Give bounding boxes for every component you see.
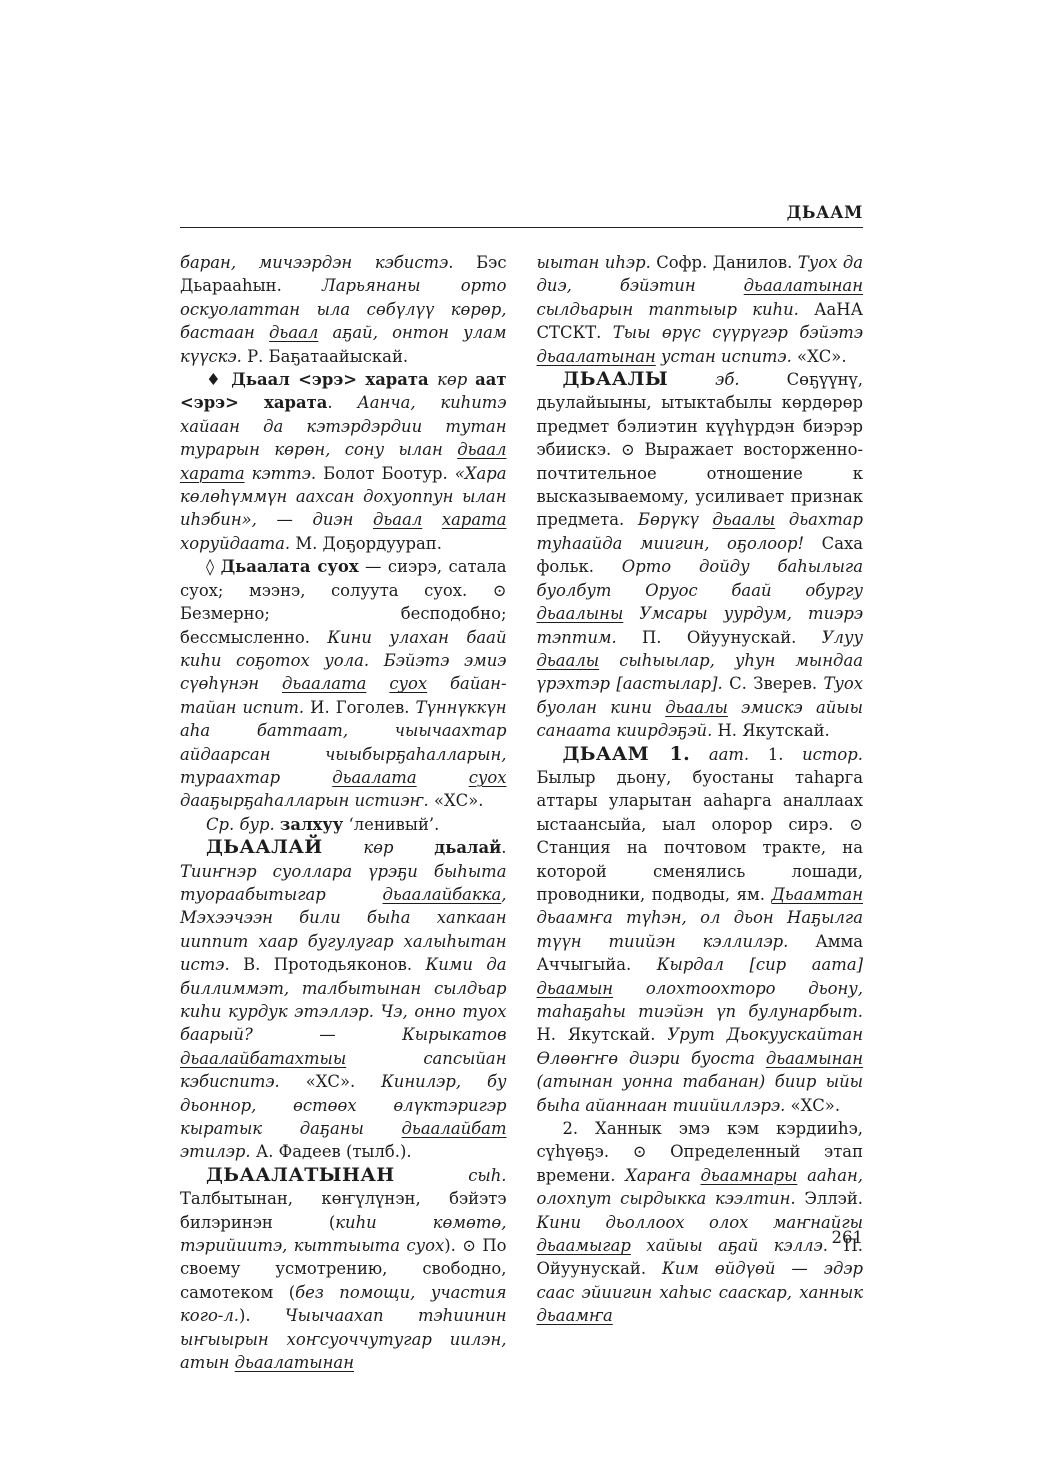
running-header: ДЬААМ — [180, 203, 863, 227]
text-segment — [417, 768, 469, 787]
text-segment: харата — [442, 510, 507, 529]
text-segment: истор. — [802, 745, 863, 764]
paragraph: ♦ Дьаал <эрэ> харата көр аат <эрэ> харат… — [180, 368, 507, 555]
paragraph: ДЬААМ 1. аат. 1. истор. Былыр дьону, буо… — [537, 743, 864, 1118]
paragraph: ДЬААЛАТЫНАН сыһ. Талбытынан, көҥүлүнэн, … — [180, 1164, 507, 1375]
left-column: баран, мичээрдэн кэбистэ. Бэс Дьарааһын.… — [180, 251, 507, 1375]
headword: ДЬААЛЫ — [563, 368, 669, 390]
paragraph: ДЬААЛЫ эб. Сөҕүүнү, дьулайыыны, ытыктабы… — [537, 368, 864, 743]
text-segment: дьаалата — [282, 674, 366, 693]
header-rule — [180, 227, 863, 228]
text-segment: . — [501, 838, 506, 857]
text-segment — [323, 838, 364, 857]
text-segment — [366, 674, 389, 693]
text-segment: Кырдал [сир аата] — [657, 955, 863, 974]
text-segment: харата — [180, 464, 245, 483]
text-segment: П. Ойуунускай. — [642, 628, 822, 647]
text-segment: А. Фадеев (тылб.). — [256, 1142, 412, 1161]
text-segment: устан испитэ. — [656, 347, 797, 366]
translation-marker: ⊙ — [849, 815, 863, 834]
text-segment — [668, 370, 715, 389]
text-segment: ). — [239, 1306, 285, 1325]
text-segment: 1. — [768, 745, 802, 764]
text-segment: дьаамын — [537, 979, 614, 998]
headword: ДЬААМ 1. — [563, 743, 691, 765]
text-segment: дьаалыны — [537, 604, 624, 623]
text-segment: В. Протодьяконов. — [243, 955, 425, 974]
text-segment: дьаалайбатахтыы — [180, 1049, 346, 1068]
text-segment: баран, мичээрдэн кэбистэ. — [180, 253, 476, 272]
text-segment: эб. — [715, 370, 786, 389]
translation-marker: ⊙ — [621, 440, 645, 459]
text-segment: аат. — [709, 745, 768, 764]
paragraph: 2. Ханнык эмэ кэм кэрдииһэ, сүһүөҕэ. ⊙ О… — [537, 1117, 864, 1328]
paragraph: ◊ Дьаалата суох — сиэрэ, сатала суох; мэ… — [180, 555, 507, 812]
text-segment: сылдьарын таптыыр киһи. — [537, 300, 815, 319]
text-segment — [422, 510, 442, 529]
text-segment: дьаалы — [537, 651, 600, 670]
text-segment: дьаал — [373, 510, 422, 529]
text-segment: ‘ленивый’. — [343, 815, 439, 834]
text-segment: дьаамнары — [701, 1166, 798, 1185]
text-segment: «ХС». — [797, 347, 846, 366]
text-segment: дьаал — [457, 440, 506, 459]
text-segment: дьаамынан — [766, 1049, 863, 1068]
text-segment: сыһ. — [468, 1166, 506, 1185]
paragraph: Ср. бур. залхуу ‘ленивый’. — [180, 813, 507, 836]
text-segment: Дьаал <эрэ> харата — [231, 370, 437, 389]
text-segment: «ХС». — [791, 1096, 840, 1115]
text-segment: М. Доҕордуурап. — [295, 534, 442, 553]
text-segment: дьаалата — [332, 768, 416, 787]
text-segment: дьаалатынан — [537, 347, 656, 366]
text-segment: дьаалайбакка — [383, 885, 502, 904]
text-segment: «ХС». — [306, 1072, 381, 1091]
text-segment: дьаамҥа — [537, 1306, 613, 1325]
text-segment: Болот Боотур. — [323, 464, 455, 483]
text-segment: дьаалайбат — [402, 1119, 507, 1138]
text-segment: Софр. Данилов. — [656, 253, 798, 272]
text-segment: этилэр. — [180, 1142, 256, 1161]
right-column: ыытан иһэр. Софр. Данилов. Туох да диэ, … — [537, 251, 864, 1375]
text-segment: Р. Баҕатаайыскай. — [247, 347, 408, 366]
text-segment: ыытан иһэр. — [537, 253, 657, 272]
text-segment: ◊ — [206, 557, 221, 576]
text-segment: Былыр дьону, буостаны таһарга аттары ула… — [537, 768, 864, 834]
translation-marker: ⊙ — [633, 1142, 670, 1161]
text-segment — [395, 1166, 469, 1185]
text-segment: залхуу — [280, 815, 343, 834]
page-number: 261 — [180, 1228, 863, 1247]
guide-word: ДЬААМ — [787, 203, 863, 222]
text-segment: кэттэ. — [245, 464, 324, 483]
text-segment: И. Гоголев. — [310, 698, 415, 717]
text-segment: «ХС». — [434, 791, 483, 810]
text-segment: дьаалы — [713, 510, 776, 529]
text-segment — [690, 745, 709, 764]
translation-marker: ⊙ — [493, 581, 507, 600]
paragraph: ДЬААЛАЙ көр дьалай. Тииҥнэр суоллара үрэ… — [180, 836, 507, 1164]
text-segment: Н. Якутскай. — [718, 721, 830, 740]
text-segment: хоруйдаата. — [180, 534, 295, 553]
text-segment: Н. Якутскай. — [537, 1025, 668, 1044]
text-segment: Дьаалата суох — [221, 557, 359, 576]
text-segment: суох — [469, 768, 507, 787]
text-segment: көр — [363, 838, 434, 857]
text-segment: дьаалатынан — [235, 1353, 354, 1372]
text-segment: дьаалатынан — [744, 276, 863, 295]
text-segment: Эллэй. — [804, 1189, 863, 1208]
headword: ДЬААЛАЙ — [206, 836, 323, 858]
text-segment: дааҕырҕаһалларын истиэҥ. — [180, 791, 434, 810]
text-segment: дьалай — [434, 838, 501, 857]
text-segment: Дьаамтан — [772, 885, 864, 904]
text-segment: суох — [389, 674, 427, 693]
text-segment: Ср. бур. — [206, 815, 280, 834]
text-columns: баран, мичээрдэн кэбистэ. Бэс Дьарааһын.… — [180, 251, 863, 1375]
text-segment: ♦ — [206, 370, 231, 389]
dictionary-page: ДЬААМ баран, мичээрдэн кэбистэ. Бэс Дьар… — [180, 203, 863, 1375]
headword: ДЬААЛАТЫНАН — [206, 1164, 395, 1186]
paragraph: баран, мичээрдэн кэбистэ. Бэс Дьарааһын.… — [180, 251, 507, 368]
text-segment: Бөрүкү — [638, 510, 713, 529]
text-segment: . — [327, 393, 357, 412]
text-segment: Улуу — [822, 628, 863, 647]
text-segment: Тыы өрүс сүүрүгэр бэйэтэ — [613, 323, 863, 342]
text-segment: дьаалы — [665, 698, 728, 717]
text-segment: С. Зверев. — [729, 674, 823, 693]
paragraph: ыытан иһэр. Софр. Данилов. Туох да диэ, … — [537, 251, 864, 368]
text-segment: Хараҥа — [625, 1166, 700, 1185]
text-segment: көр — [437, 370, 475, 389]
text-segment: дьаал — [269, 323, 318, 342]
